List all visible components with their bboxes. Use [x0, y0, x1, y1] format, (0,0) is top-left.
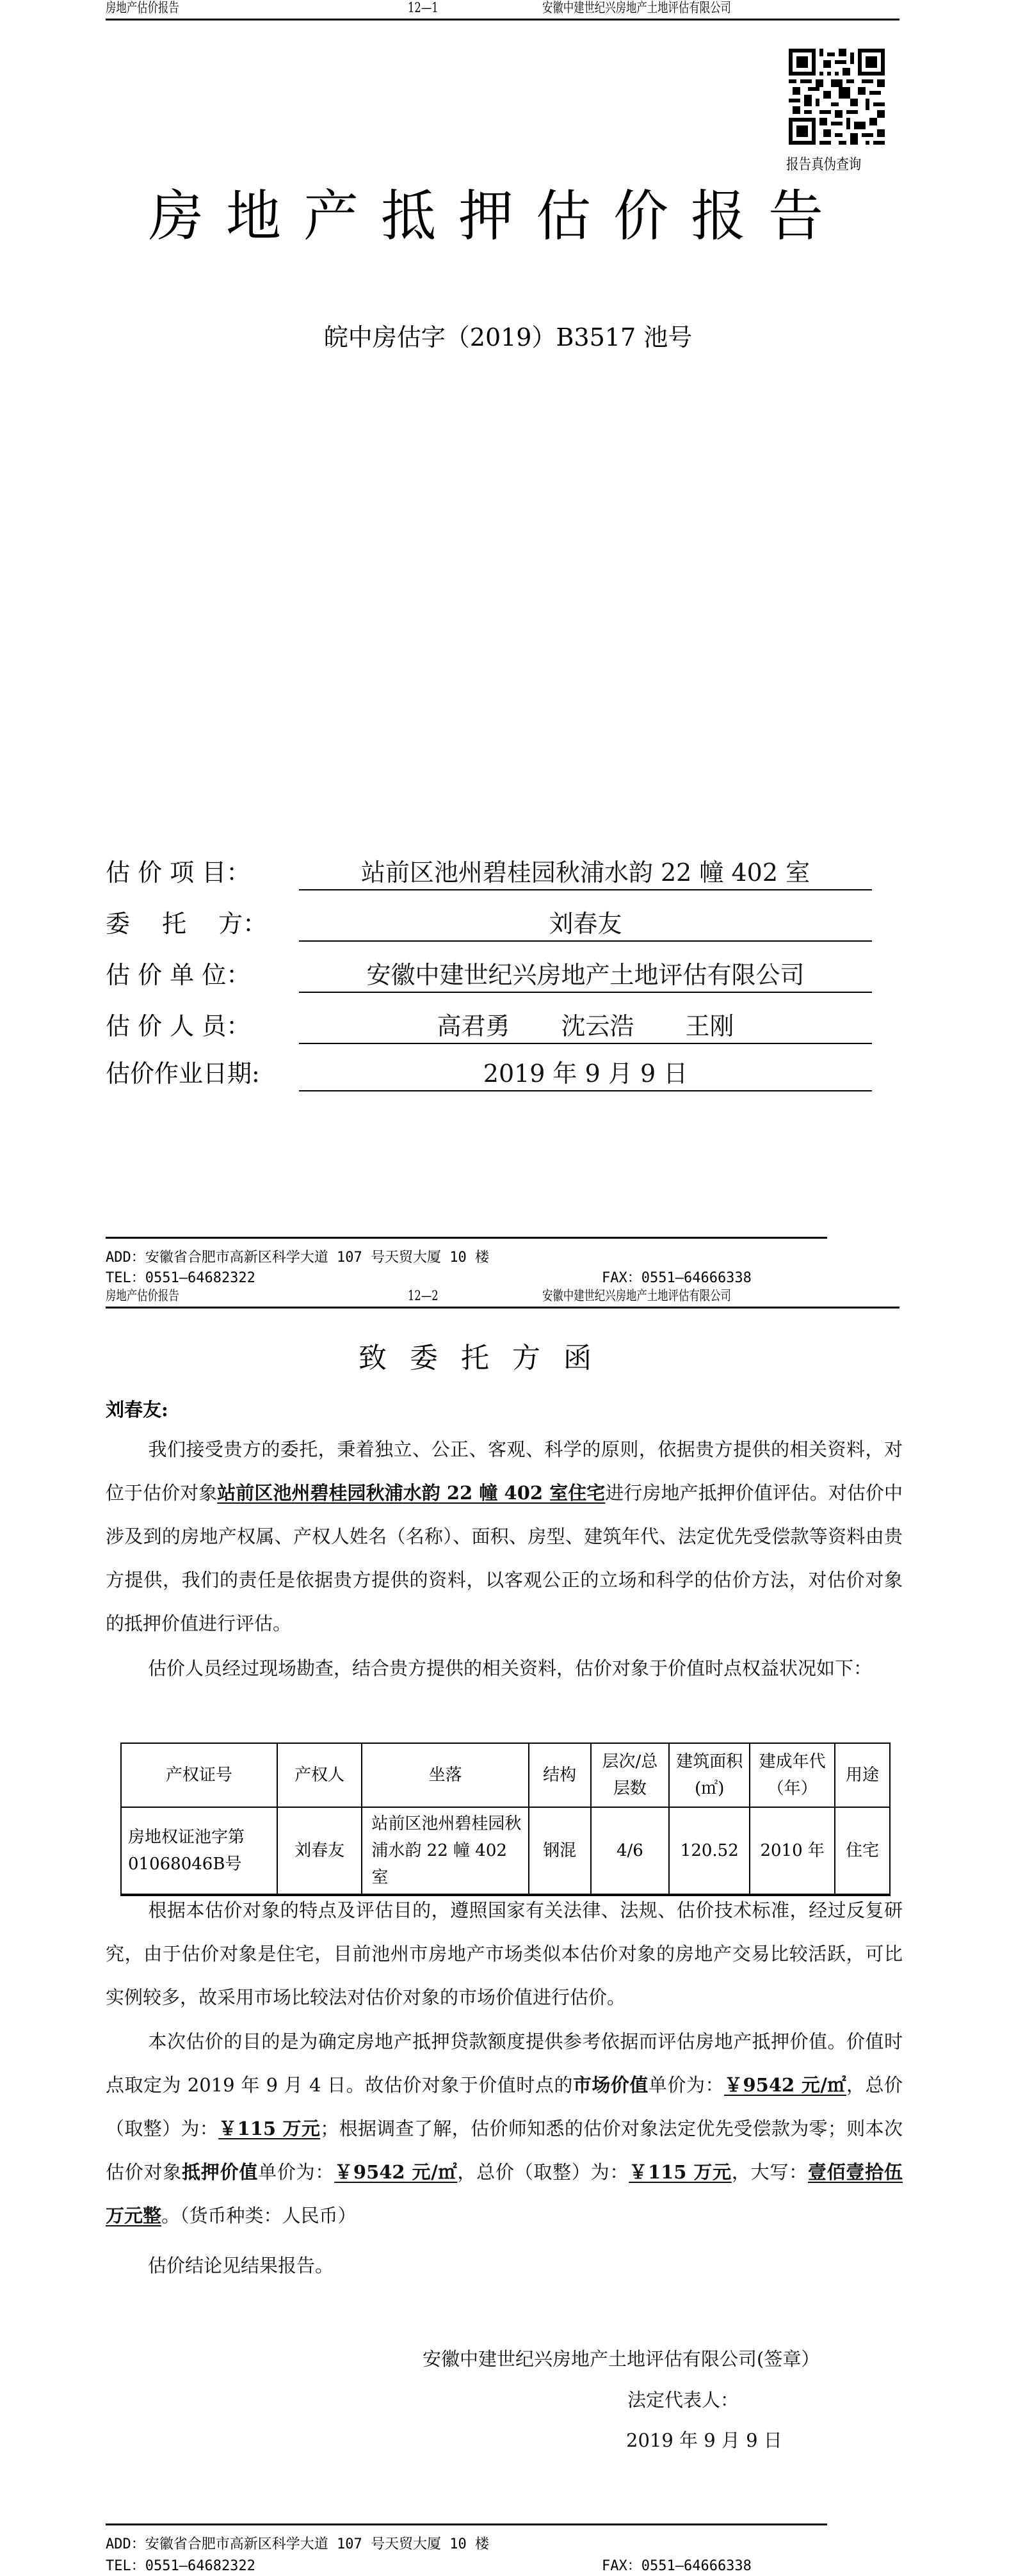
field-value: 安徽中建世纪兴房地产土地评估有限公司: [299, 960, 872, 990]
col-header: 建筑面积(㎡): [669, 1743, 750, 1807]
field-label: 估 价 人 员：: [106, 1011, 250, 1041]
field-value: 2019 年 9 月 9 日: [299, 1059, 872, 1088]
letter-paragraph-4: 本次估价的目的是为确定房地产抵押贷款额度提供参考依据而评估房地产抵押价值。价值时…: [106, 2020, 903, 2237]
col-header: 结构: [529, 1743, 591, 1807]
letter-paragraph-1: 我们接受贵方的委托，秉着独立、公正、客观、科学的原则，依据贵方提供的相关资料，对…: [106, 1428, 903, 1645]
cell-structure: 钢混: [529, 1807, 591, 1895]
header-rule: [106, 1307, 899, 1308]
qr-code-icon[interactable]: [789, 48, 885, 145]
page-header: 房地产估价报告 12—2 安徽中建世纪兴房地产土地评估有限公司: [106, 1288, 899, 1308]
footer-fax: FAX：0551—64666338: [602, 2558, 752, 2575]
field-label: 委 托 方：: [106, 909, 267, 938]
header-company: 安徽中建世纪兴房地产土地评估有限公司: [542, 1288, 731, 1303]
cell-certificate: 房地权证池字第01068046B号: [121, 1807, 277, 1895]
footer-address: ADD：安徽省合肥市高新区科学大道 107 号天贸大厦 10 楼: [106, 1250, 489, 1266]
field-underline: [299, 992, 872, 993]
field-underline: [299, 940, 872, 942]
table-header-row: 产权证号 产权人 坐落 结构 层次/总层数 建筑面积(㎡) 建成年代（年） 用途: [121, 1743, 890, 1807]
field-underline: [299, 1043, 872, 1044]
letter-salutation: 刘春友:: [106, 1396, 168, 1422]
text: 根据本估价对象的特点及评估目的，遵照国家有关法律、法规、估价技术标准，经过反复研…: [106, 1899, 903, 2008]
field-appraisal-company: 估 价 单 位： 安徽中建世纪兴房地产土地评估有限公司: [106, 955, 874, 994]
footer-rule: [106, 1237, 827, 1239]
cell-location: 站前区池州碧桂园秋浦水韵 22 幢 402 室: [362, 1807, 528, 1895]
col-header: 产权人: [277, 1743, 362, 1807]
text: 估价结论见结果报告。: [148, 2255, 334, 2276]
report-title: 房地产抵押估价报告: [149, 184, 872, 248]
footer-rule: [106, 2524, 827, 2525]
footer-tel: TEL：0551—64682322: [106, 1270, 255, 1287]
cell-year: 2010 年: [750, 1807, 835, 1895]
header-page-number: 12—2: [408, 1288, 439, 1303]
subject-property: 站前区池州碧桂园秋浦水韵 22 幢 402 室住宅: [217, 1482, 605, 1504]
market-value-label: 市场价值: [573, 2074, 649, 2096]
field-label: 估 价 项 目：: [106, 858, 250, 887]
cell-area: 120.52: [669, 1807, 750, 1895]
letter-paragraph-5: 估价结论见结果报告。: [106, 2244, 903, 2287]
footer-tel: TEL：0551—64682322: [106, 2558, 255, 2575]
header-rule: [106, 19, 899, 20]
property-rights-table: 产权证号 产权人 坐落 结构 层次/总层数 建筑面积(㎡) 建成年代（年） 用途…: [120, 1743, 891, 1896]
header-report-type: 房地产估价报告: [106, 0, 179, 15]
col-header: 用途: [835, 1743, 890, 1807]
col-header: 建成年代（年）: [750, 1743, 835, 1807]
header-report-type: 房地产估价报告: [106, 1288, 179, 1303]
cell-floor: 4/6: [591, 1807, 670, 1895]
text: 。（货币种类：人民币）: [161, 2205, 357, 2226]
mortgage-value-label: 抵押价值: [182, 2161, 258, 2183]
col-header: 产权证号: [121, 1743, 277, 1807]
field-label: 估价作业日期:: [106, 1059, 260, 1088]
letter-title: 致委托方函: [359, 1335, 615, 1376]
field-underline: [299, 1090, 872, 1091]
market-unit-price: ￥9542 元/㎡: [724, 2074, 846, 2096]
page-header: 房地产估价报告 12—1 安徽中建世纪兴房地产土地评估有限公司: [106, 0, 899, 20]
letter-paragraph-2: 估价人员经过现场勘查，结合贵方提供的相关资料，估价对象于价值时点权益状况如下：: [106, 1646, 903, 1690]
qr-verify-label: 报告真伪查询: [786, 152, 861, 173]
field-value: 站前区池州碧桂园秋浦水韵 22 幢 402 室: [299, 858, 872, 887]
report-number: 皖中房估字（2019）B3517 池号: [179, 323, 837, 351]
field-appraisal-project: 估 价 项 目： 站前区池州碧桂园秋浦水韵 22 幢 402 室: [106, 853, 874, 891]
header-page-number: 12—1: [408, 0, 439, 15]
field-label: 估 价 单 位：: [106, 960, 250, 990]
text: 单价为：: [258, 2161, 334, 2183]
text: 进行房地产抵押价值评估。对估价中涉及到的房地产权属、产权人姓名（名称）、面积、房…: [106, 1482, 903, 1634]
col-header: 坐落: [362, 1743, 528, 1807]
table-row: 房地权证池字第01068046B号 刘春友 站前区池州碧桂园秋浦水韵 22 幢 …: [121, 1807, 890, 1895]
text: ，总价（取整）为：: [457, 2161, 629, 2183]
text: 单价为：: [649, 2074, 724, 2096]
signature-date: 2019 年 9 月 9 日: [626, 2426, 782, 2452]
cell-use: 住宅: [835, 1807, 890, 1895]
footer-address: ADD：安徽省合肥市高新区科学大道 107 号天贸大厦 10 楼: [106, 2536, 489, 2553]
field-underline: [299, 889, 872, 890]
mortgage-total-price: ￥115 万元: [629, 2161, 732, 2183]
appraiser-name: 沈云浩: [561, 1011, 634, 1041]
mortgage-unit-price: ￥9542 元/㎡: [334, 2161, 457, 2183]
text: ，大写：: [732, 2161, 808, 2183]
field-appraisers: 估 价 人 员： 高君勇沈云浩王刚: [106, 1006, 874, 1045]
appraiser-name: 王刚: [686, 1011, 734, 1041]
signature-legal-rep: 法定代表人：: [627, 2386, 739, 2412]
cell-owner: 刘春友: [277, 1807, 362, 1895]
appraiser-name: 高君勇: [437, 1011, 510, 1041]
text: 估价人员经过现场勘查，结合贵方提供的相关资料，估价对象于价值时点权益状况如下：: [148, 1657, 872, 1679]
footer-fax: FAX：0551—64666338: [602, 1270, 752, 1287]
header-company: 安徽中建世纪兴房地产土地评估有限公司: [542, 0, 731, 15]
field-value: 高君勇沈云浩王刚: [299, 1011, 872, 1041]
signature-company: 安徽中建世纪兴房地产土地评估有限公司(签章）: [423, 2345, 819, 2371]
field-value: 刘春友: [299, 909, 872, 938]
letter-paragraph-3: 根据本估价对象的特点及评估目的，遵照国家有关法律、法规、估价技术标准，经过反复研…: [106, 1888, 903, 2019]
field-client: 委 托 方： 刘春友: [106, 904, 874, 942]
field-work-date: 估价作业日期: 2019 年 9 月 9 日: [106, 1054, 874, 1092]
market-total-price: ￥115 万元: [218, 2118, 320, 2139]
col-header: 层次/总层数: [591, 1743, 670, 1807]
